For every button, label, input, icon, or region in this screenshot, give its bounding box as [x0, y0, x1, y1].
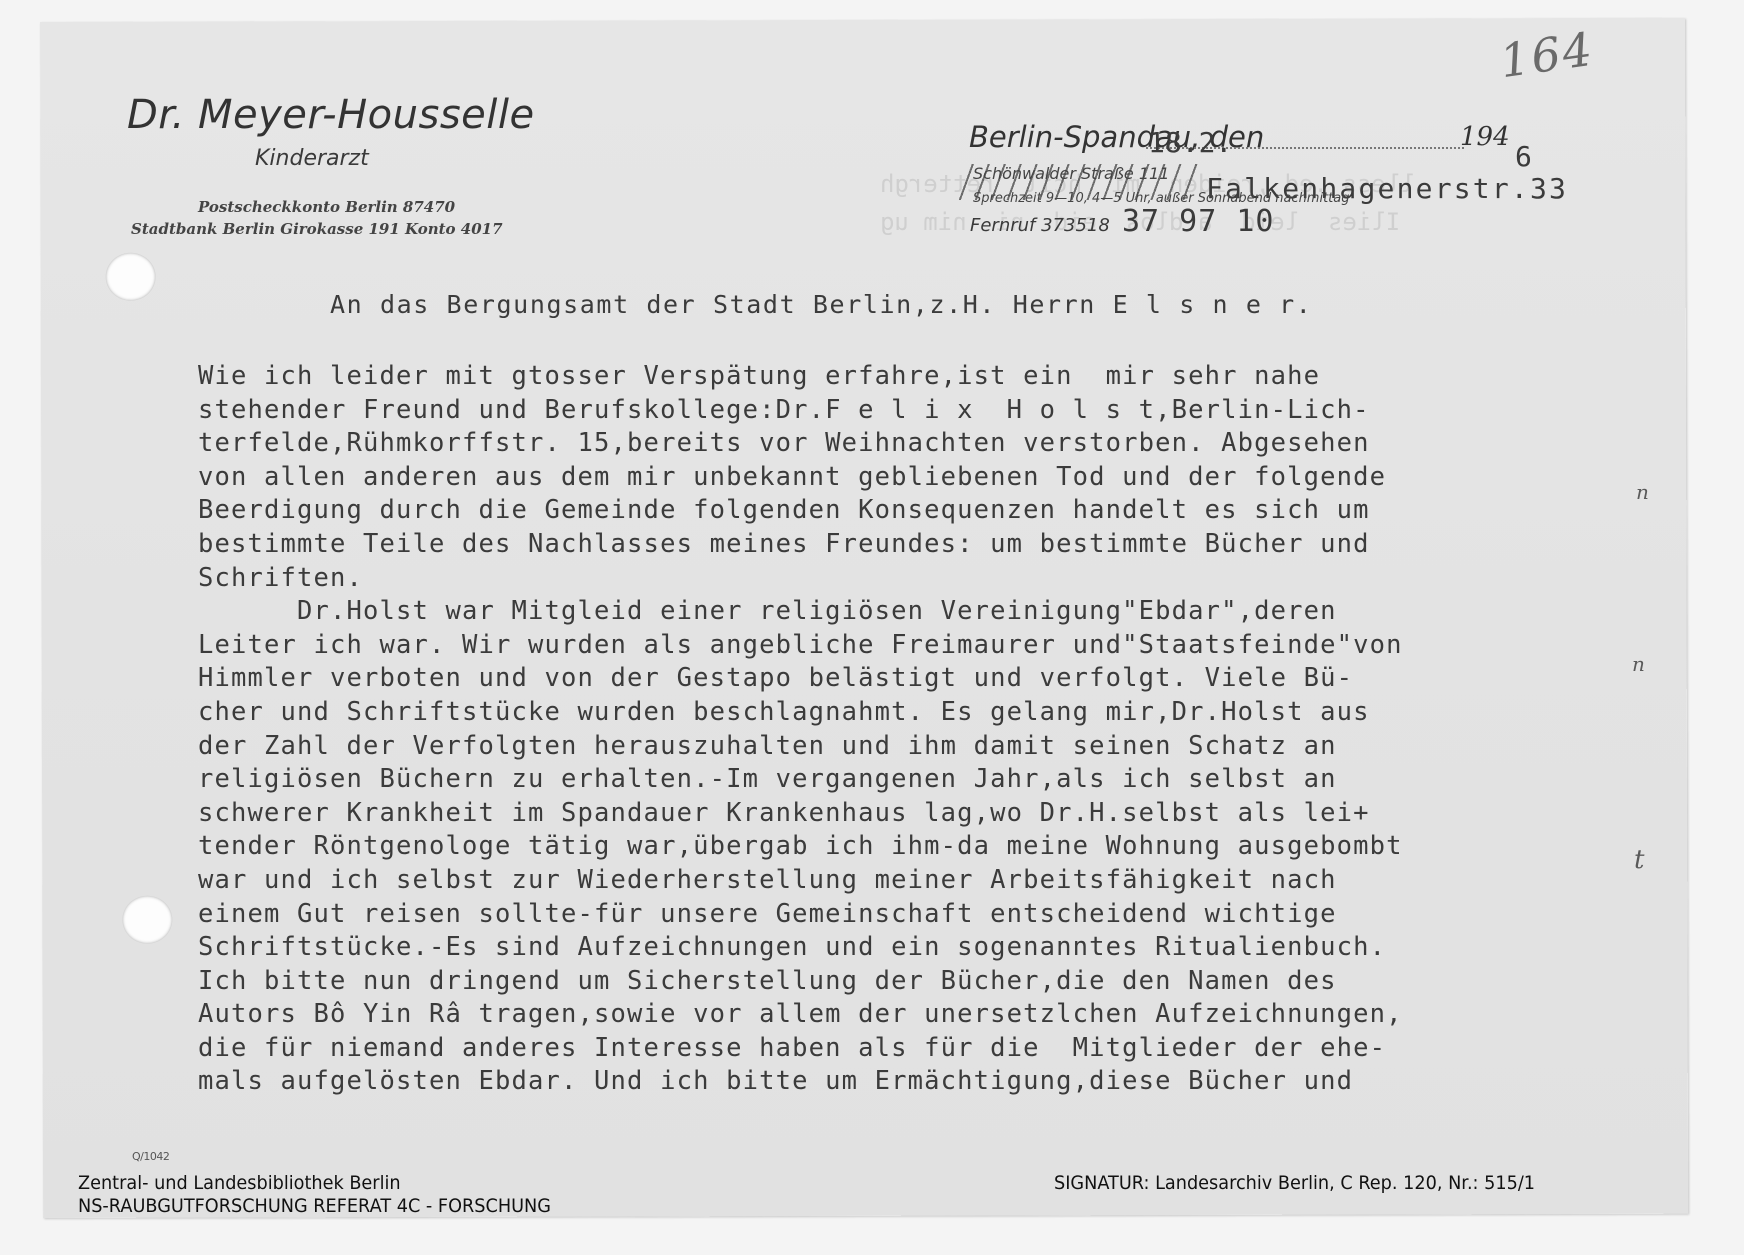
body-line: Leiter ich war. Wir wurden als angeblich…	[198, 629, 1403, 663]
addressee-line: An das Bergungsamt der Stadt Berlin,z.H.…	[330, 290, 1312, 319]
body-line: von allen anderen aus dem mir unbekannt …	[198, 461, 1403, 495]
body-line: Himmler verboten und von der Gestapo bel…	[198, 662, 1403, 696]
body-line: Beerdigung durch die Gemeinde folgenden …	[198, 494, 1403, 528]
punch-hole-bottom	[122, 896, 172, 944]
letterhead-postscheck: Postscheckkonto Berlin 87470	[198, 198, 455, 216]
handwritten-correction-mark: n	[1636, 480, 1649, 504]
body-line: tender Röntgenologe tätig war,übergab ic…	[198, 830, 1403, 864]
body-line: Dr.Holst war Mitgleid einer religiösen V…	[198, 595, 1403, 629]
footer-department: NS-RAUBGUTFORSCHUNG REFERAT 4C - FORSCHU…	[78, 1195, 551, 1218]
body-line: einem Gut reisen sollte-für unsere Gemei…	[198, 898, 1403, 932]
body-line: Schriftstücke.-Es sind Aufzeichnungen un…	[198, 931, 1403, 965]
printed-year: 194	[1460, 122, 1510, 152]
archive-reference-mark: Q/1042	[132, 1150, 169, 1163]
letter-body: Wie ich leider mit gtosser Verspätung er…	[198, 360, 1403, 1099]
body-line: Wie ich leider mit gtosser Verspätung er…	[198, 360, 1403, 394]
body-line: religiösen Büchern zu erhalten.-Im verga…	[198, 763, 1403, 797]
punch-hole-top	[106, 253, 156, 301]
handwritten-correction-mark: t	[1634, 845, 1644, 875]
body-line: Ich bitte nun dringend um Sicherstellung…	[198, 965, 1403, 999]
typed-date: 18.2.	[1148, 126, 1232, 159]
body-line: bestimmte Teile des Nachlasses meines Fr…	[198, 528, 1403, 562]
body-line: cher und Schriftstücke wurden beschlagna…	[198, 696, 1403, 730]
footer-signature: SIGNATUR: Landesarchiv Berlin, C Rep. 12…	[1054, 1172, 1535, 1195]
footer-library: Zentral- und Landesbibliothek Berlin	[78, 1172, 401, 1195]
body-line: der Zahl der Verfolgten herauszuhalten u…	[198, 730, 1403, 764]
body-line: war und ich selbst zur Wiederherstellung…	[198, 864, 1403, 898]
typed-phone: 37 97 10	[1122, 204, 1275, 239]
body-line: schwerer Krankheit im Spandauer Krankenh…	[198, 797, 1403, 831]
body-line: mals aufgelösten Ebdar. Und ich bitte um…	[198, 1065, 1403, 1099]
letterhead-name: Dr. Meyer-Housselle	[127, 92, 535, 138]
handwritten-correction-mark: n	[1632, 652, 1645, 676]
body-line: stehender Freund und Berufskollege:Dr.F …	[198, 394, 1403, 428]
body-line: Schriften.	[198, 562, 1403, 596]
letterhead-bank: Stadtbank Berlin Girokasse 191 Konto 401…	[131, 220, 503, 238]
letterhead-profession: Kinderarzt	[255, 146, 369, 171]
printed-phone: Fernruf 373518	[970, 215, 1110, 236]
typed-year-digit: 6	[1515, 140, 1532, 173]
body-line: terfelde,Rühmkorffstr. 15,bereits vor We…	[198, 427, 1403, 461]
body-line: die für niemand anderes Interesse haben …	[198, 1032, 1403, 1066]
body-line: Autors Bô Yin Râ tragen,sowie vor allem …	[198, 998, 1403, 1032]
